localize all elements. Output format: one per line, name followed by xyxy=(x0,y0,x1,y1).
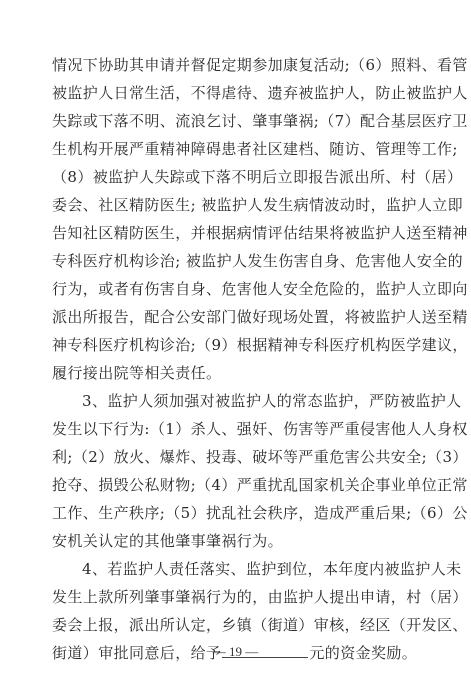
text-line: 被监护人日常生活，不得虐待、遗弃被监护人，防止被监护人 xyxy=(52,79,428,107)
paragraph-continuation: 情况下协助其申请并督促定期参加康复活动;（6）照料、看管 被监护人日常生活，不得… xyxy=(52,51,428,387)
paragraph-item-3: 3、监护人须加强对被监护人的常态监护，严防被监护人 发生以下行为:（1）杀人、强… xyxy=(52,387,428,555)
text-line: 情况下协助其申请并督促定期参加康复活动;（6）照料、看管 xyxy=(52,51,428,79)
page-number: — 19 — xyxy=(0,644,471,660)
text-line: 发生上款所列肇事肇祸行为的，由监护人提出申请，村（居） xyxy=(52,583,428,611)
text-line: 3、监护人须加强对被监护人的常态监护，严防被监护人 xyxy=(52,387,428,415)
text-line: 失踪或下落不明、流浪乞讨、肇事肇祸;（7）配合基层医疗卫 xyxy=(52,107,428,135)
text-line: （8）被监护人失踪或下落不明后立即报告派出所、村（居） xyxy=(52,163,428,191)
text-line: 专科医疗机构诊治; 被监护人发生伤害自身、危害他人安全的 xyxy=(52,247,428,275)
text-line: 派出所报告，配合公安部门做好现场处置，将被监护人送至精 xyxy=(52,303,428,331)
text-line: 4、若监护人责任落实、监护到位，本年度内被监护人未 xyxy=(52,555,428,583)
text-line: 抢夺、损毁公私财物;（4）严重扰乱国家机关企事业单位正常 xyxy=(52,471,428,499)
text-line: 安机关认定的其他肇事肇祸行为。 xyxy=(52,527,428,555)
text-line: 行为，或者有伤害自身、危害他人安全危险的，监护人立即向 xyxy=(52,275,428,303)
text-line: 工作、生产秩序;（5）扰乱社会秩序，造成严重后果;（6）公 xyxy=(52,499,428,527)
text-line: 利;（2）放火、爆炸、投毒、破坏等严重危害公共安全;（3） xyxy=(52,443,428,471)
text-line: 神专科医疗机构诊治;（9）根据精神专科医疗机构医学建议， xyxy=(52,331,428,359)
text-line: 委会、社区精防医生; 被监护人发生病情波动时，监护人立即 xyxy=(52,191,428,219)
text-line: 生机构开展严重精神障碍患者社区建档、随访、管理等工作; xyxy=(52,135,428,163)
text-line: 履行接出院等相关责任。 xyxy=(52,359,428,387)
text-line: 发生以下行为:（1）杀人、强奸、伤害等严重侵害他人人身权 xyxy=(52,415,428,443)
text-line: 告知社区精防医生，并根据病情评估结果将被监护人送至精神 xyxy=(52,219,428,247)
text-line: 委会上报，派出所认定，乡镇（街道）审核，经区（开发区、 xyxy=(52,611,428,639)
document-page: 情况下协助其申请并督促定期参加康复活动;（6）照料、看管 被监护人日常生活，不得… xyxy=(52,51,428,667)
